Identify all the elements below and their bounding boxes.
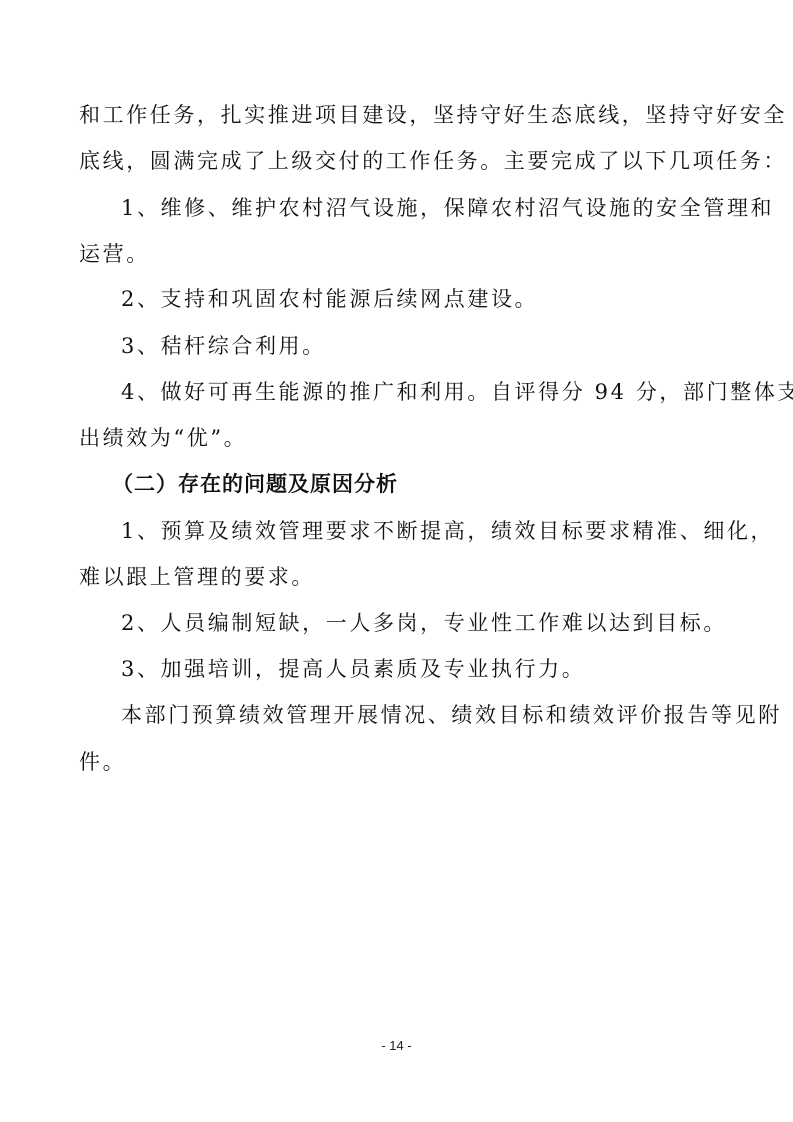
task-item-4: 4、做好可再生能源的推广和利用。自评得分 94 分，部门整体支: [121, 378, 761, 406]
section-heading: （二）存在的问题及原因分析: [112, 470, 752, 498]
task-item-3: 3、秸杆综合利用。: [121, 332, 761, 360]
paragraph-line: 难以跟上管理的要求。: [79, 563, 719, 591]
closing-paragraph: 本部门预算绩效管理开展情况、绩效目标和绩效评价报告等见附: [121, 701, 761, 729]
document-page: 和工作任务，扎实推进项目建设，坚持守好生态底线，坚持守好安全 底线，圆满完成了上…: [0, 0, 793, 1122]
paragraph-line: 运营。: [79, 240, 719, 268]
paragraph-line: 件。: [79, 748, 719, 776]
paragraph-line: 底线，圆满完成了上级交付的工作任务。主要完成了以下几项任务：: [79, 147, 719, 175]
problem-item-2: 2、人员编制短缺，一人多岗，专业性工作难以达到目标。: [121, 609, 761, 637]
page-number: - 14 -: [0, 1038, 793, 1053]
task-item-1: 1、维修、维护农村沼气设施，保障农村沼气设施的安全管理和: [121, 194, 761, 222]
problem-item-1: 1、预算及绩效管理要求不断提高，绩效目标要求精准、细化，: [121, 517, 761, 545]
task-item-2: 2、支持和巩固农村能源后续网点建设。: [121, 285, 761, 313]
paragraph-line: 和工作任务，扎实推进项目建设，坚持守好生态底线，坚持守好安全: [79, 101, 719, 129]
problem-item-3: 3、加强培训，提高人员素质及专业执行力。: [121, 655, 761, 683]
paragraph-line: 出绩效为“优”。: [79, 424, 719, 452]
